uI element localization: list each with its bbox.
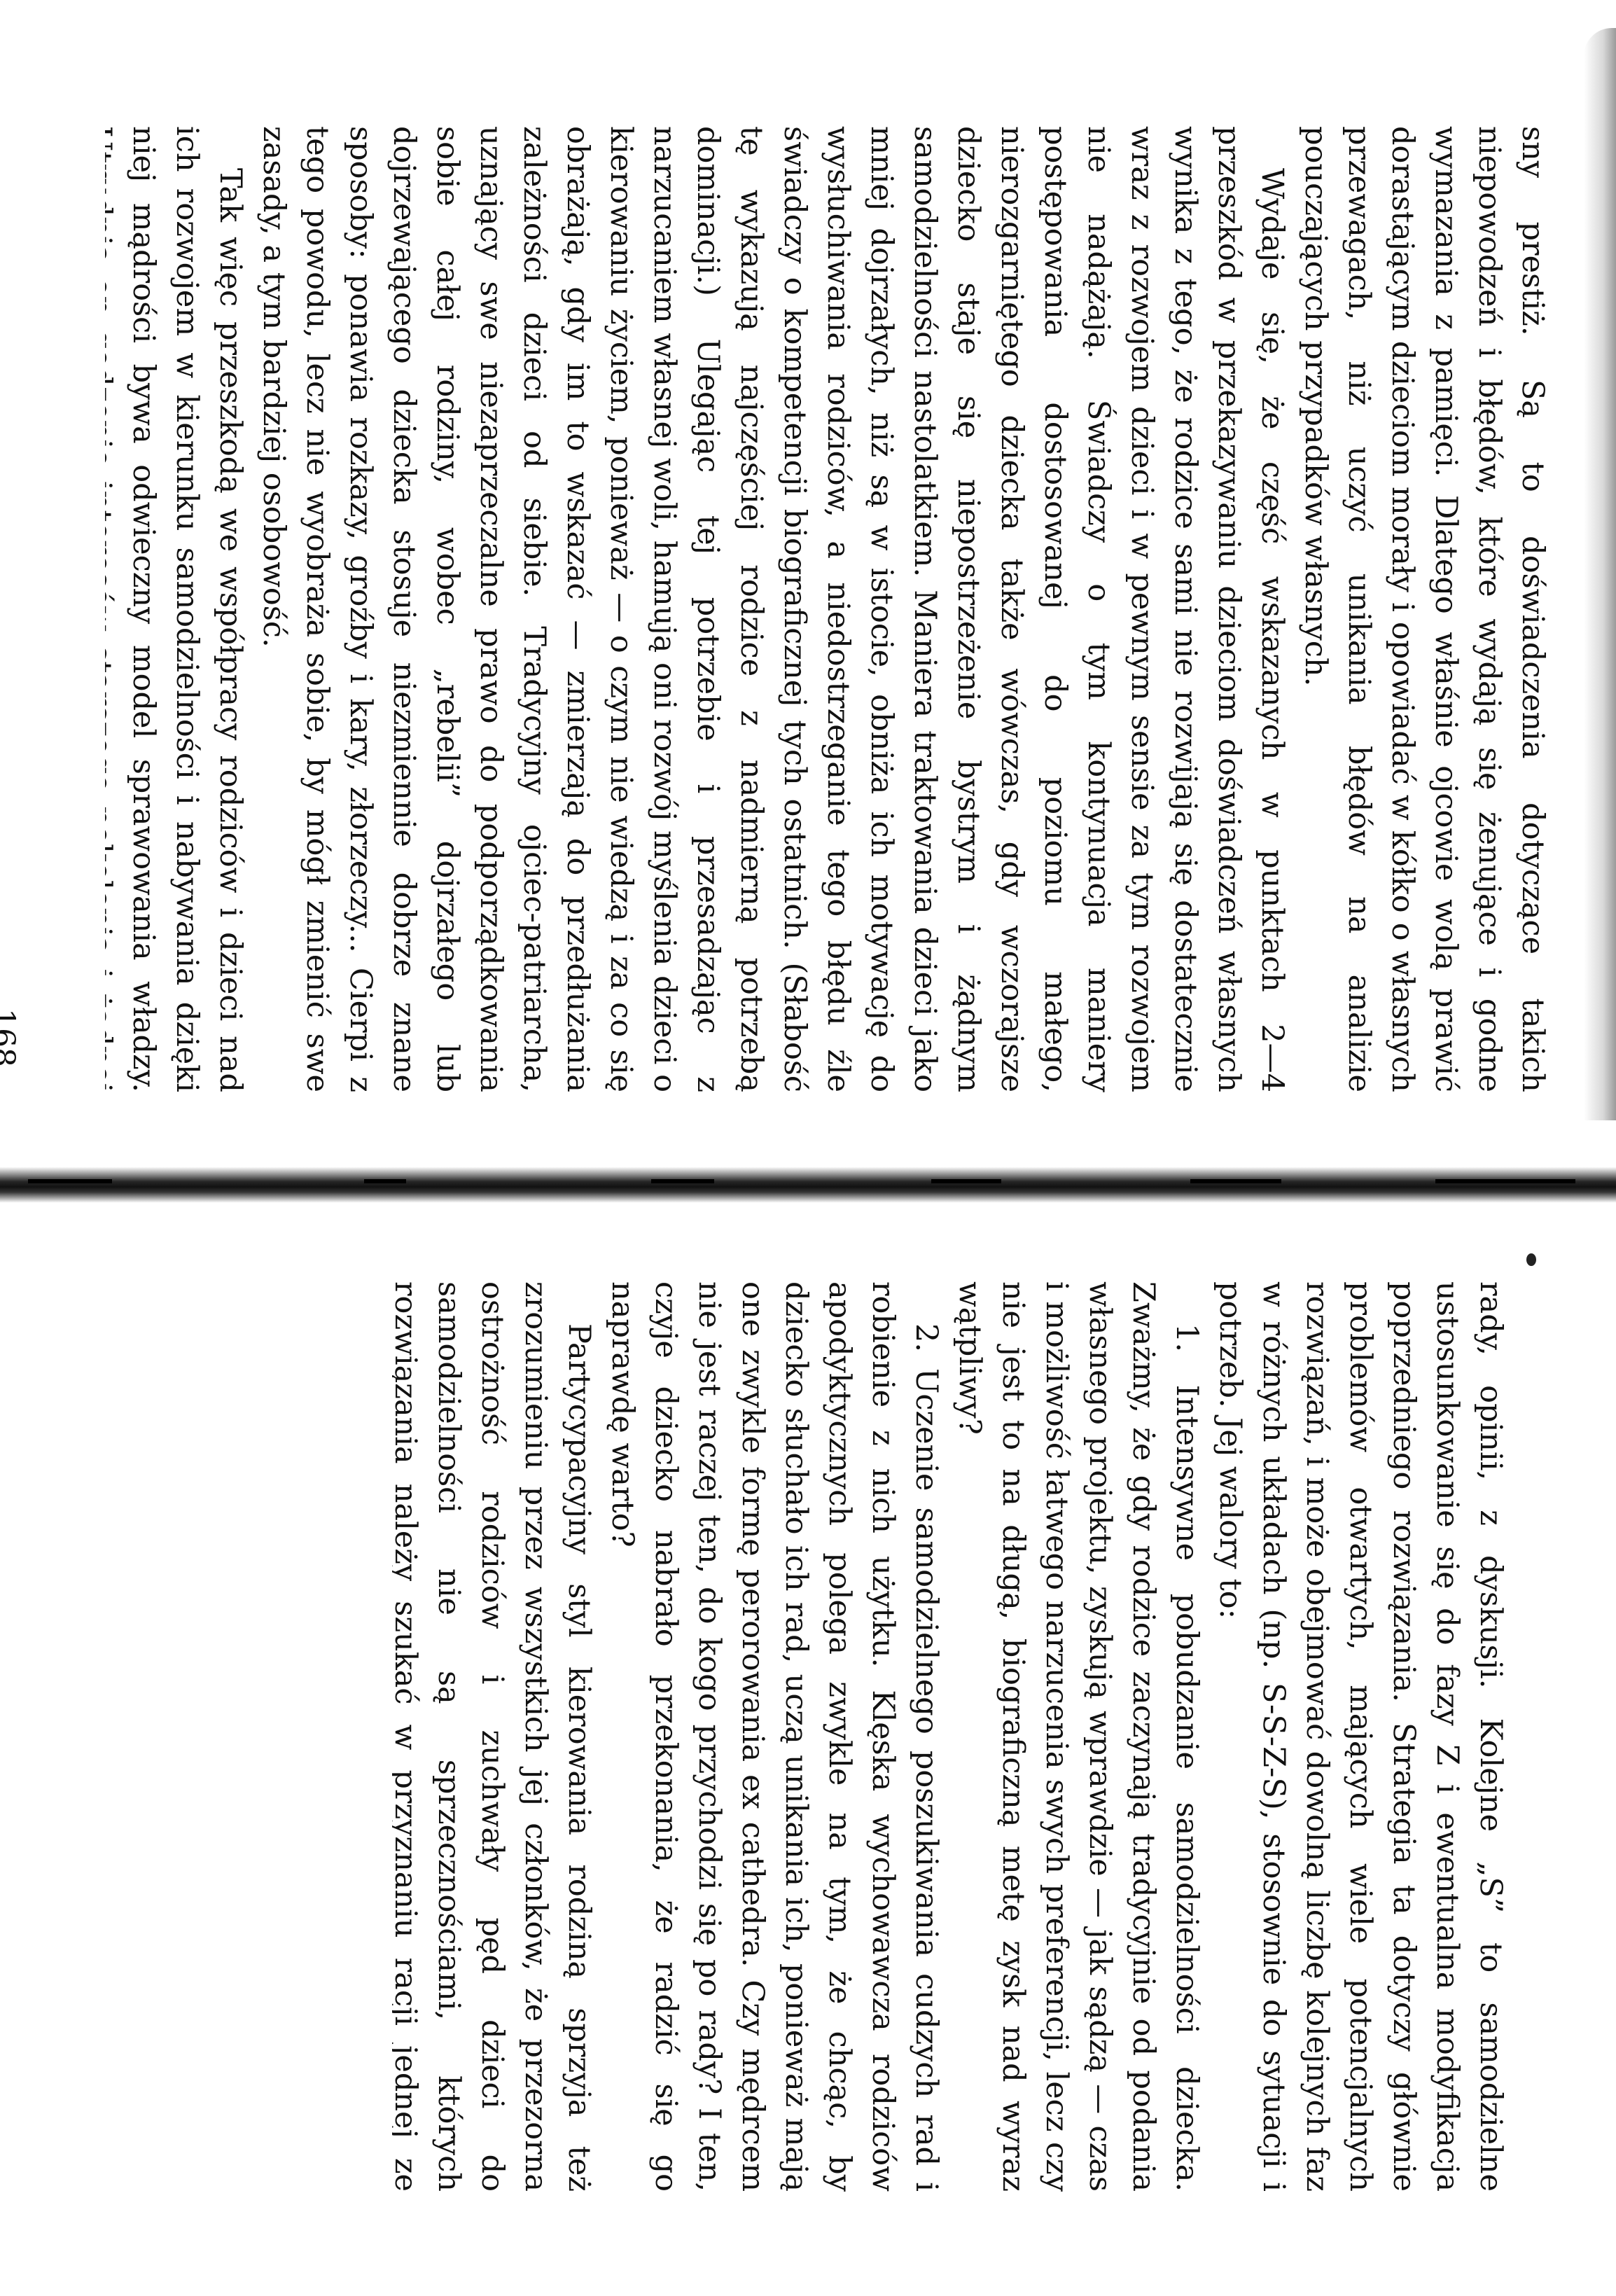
right-page: rady, opinii, z dyskusji. Kolejne „S” to… [392,1253,1540,2220]
paragraph: sny prestiż. Są to doświadczenia dotyczą… [1294,126,1554,1092]
gutter-mark [1435,1179,1575,1183]
page-number: 168 [0,1008,21,1067]
gutter-mark [1190,1179,1281,1183]
paragraph: Wydaje się, że część wskazanych w punkta… [252,126,1294,1092]
paragraph: 1. Intensywne pobudzanie samodzielności … [948,1281,1208,2192]
right-page-region: rady, opinii, z dyskusji. Kolejne „S” to… [392,1253,1540,2220]
paragraph: 2. Uczenie samodzielnego poszukiwania cu… [601,1281,948,2192]
scan-speck [1526,1253,1536,1266]
gutter-mark [931,1179,1001,1183]
gutter-mark [364,1179,406,1183]
left-page: sny prestiż. Są to doświadczenia dotyczą… [105,98,1582,1120]
binding-gutter [0,1120,1616,1253]
paragraph: Partycypacyjny styl kierowania rodziną s… [392,1281,601,2192]
paragraph: rady, opinii, z dyskusji. Kolejne „S” to… [1208,1281,1512,2192]
left-page-text: sny prestiż. Są to doświadczenia dotyczą… [105,126,1554,1092]
right-page-text: rady, opinii, z dyskusji. Kolejne „S” to… [392,1281,1512,2192]
paragraph: Tak więc przeszkodą we współpracy rodzic… [105,126,252,1092]
page-edge-curl [1584,28,1616,1120]
left-page-region: sny prestiż. Są to doświadczenia dotyczą… [105,98,1582,1120]
gutter-mark [28,1179,112,1183]
gutter-mark [651,1179,714,1183]
